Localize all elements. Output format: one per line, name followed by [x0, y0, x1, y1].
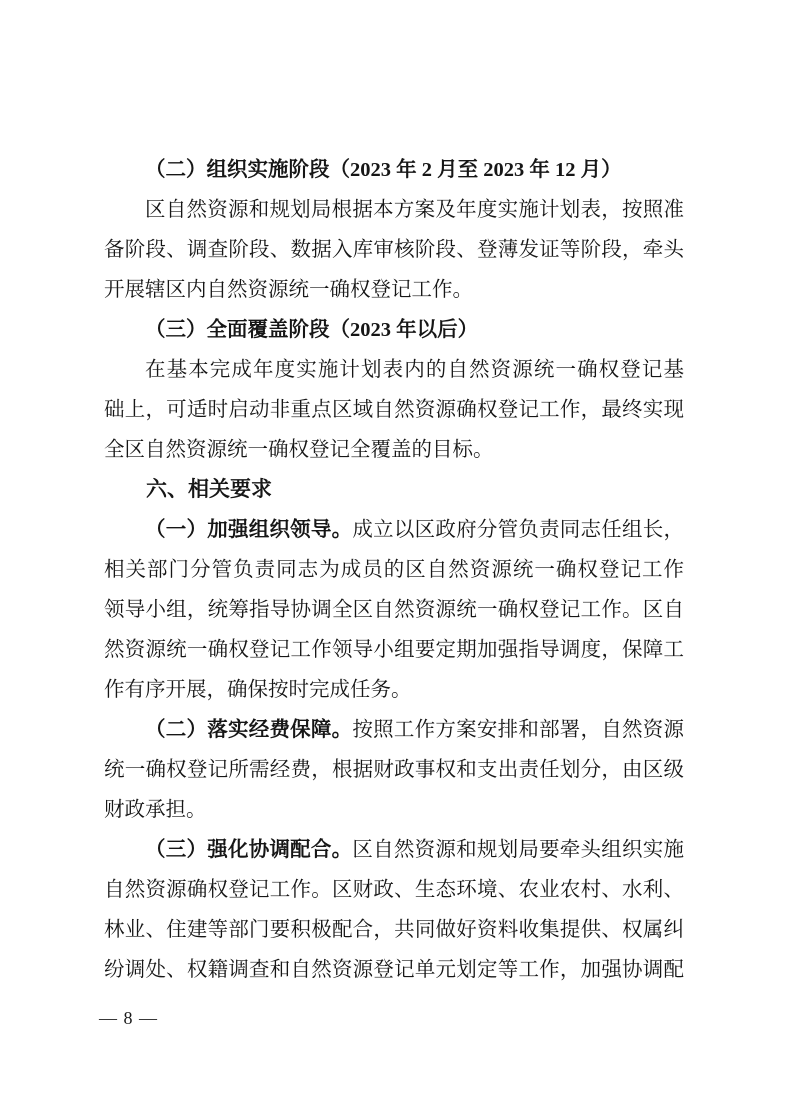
paragraph-lead: （三）强化协调配合。: [145, 839, 352, 861]
text-line: 础上，可适时启动非重点区域自然资源确权登记工作，最终实现: [104, 390, 684, 430]
text-line: 自然资源确权登记工作。区财政、生态环境、农业农村、水利、: [104, 870, 684, 910]
paragraph: （二）落实经费保障。按照工作方案安排和部署，自然资源统一确权登记所需经费，根据财…: [104, 710, 684, 830]
text-line: 开展辖区内自然资源统一确权登记工作。: [104, 270, 684, 310]
text-line: 相关部门分管负责同志为成员的区自然资源统一确权登记工作: [104, 550, 684, 590]
heading-main: 六、相关要求: [104, 470, 684, 510]
text-line: 纷调处、权籍调查和自然资源登记单元划定等工作，加强协调配: [104, 950, 684, 990]
text-line: （二）落实经费保障。按照工作方案安排和部署，自然资源: [104, 710, 684, 750]
text-line: （三）强化协调配合。区自然资源和规划局要牵头组织实施: [104, 830, 684, 870]
text-line: 领导小组，统筹指导协调全区自然资源统一确权登记工作。区自: [104, 590, 684, 630]
text-line: 在基本完成年度实施计划表内的自然资源统一确权登记基: [104, 350, 684, 390]
document-body: （二）组织实施阶段（2023 年 2 月至 2023 年 12 月）区自然资源和…: [104, 150, 684, 990]
heading-sub: （二）组织实施阶段（2023 年 2 月至 2023 年 12 月）: [104, 150, 684, 190]
paragraph: 在基本完成年度实施计划表内的自然资源统一确权登记基础上，可适时启动非重点区域自然…: [104, 350, 684, 470]
paragraph: （三）强化协调配合。区自然资源和规划局要牵头组织实施自然资源确权登记工作。区财政…: [104, 830, 684, 990]
text-line: 全区自然资源统一确权登记全覆盖的目标。: [104, 430, 684, 470]
text-line: 作有序开展，确保按时完成任务。: [104, 670, 684, 710]
text-line: 林业、住建等部门要积极配合，共同做好资料收集提供、权属纠: [104, 910, 684, 950]
heading-sub: （三）全面覆盖阶段（2023 年以后）: [104, 310, 684, 350]
paragraph: （一）加强组织领导。成立以区政府分管负责同志任组长，相关部门分管负责同志为成员的…: [104, 510, 684, 710]
text-line: 备阶段、调查阶段、数据入库审核阶段、登薄发证等阶段，牵头: [104, 230, 684, 270]
text-line: 区自然资源和规划局根据本方案及年度实施计划表，按照准: [104, 190, 684, 230]
paragraph: 区自然资源和规划局根据本方案及年度实施计划表，按照准备阶段、调查阶段、数据入库审…: [104, 190, 684, 310]
text-line: 统一确权登记所需经费，根据财政事权和支出责任划分，由区级: [104, 750, 684, 790]
text-line: （一）加强组织领导。成立以区政府分管负责同志任组长，: [104, 510, 684, 550]
paragraph-lead: （一）加强组织领导。: [145, 519, 352, 541]
document-page: （二）组织实施阶段（2023 年 2 月至 2023 年 12 月）区自然资源和…: [0, 0, 789, 1117]
text-line: 财政承担。: [104, 790, 684, 830]
page-number: — 8 —: [99, 998, 158, 1038]
text-line: 然资源统一确权登记工作领导小组要定期加强指导调度，保障工: [104, 630, 684, 670]
paragraph-lead: （二）落实经费保障。: [145, 719, 352, 741]
